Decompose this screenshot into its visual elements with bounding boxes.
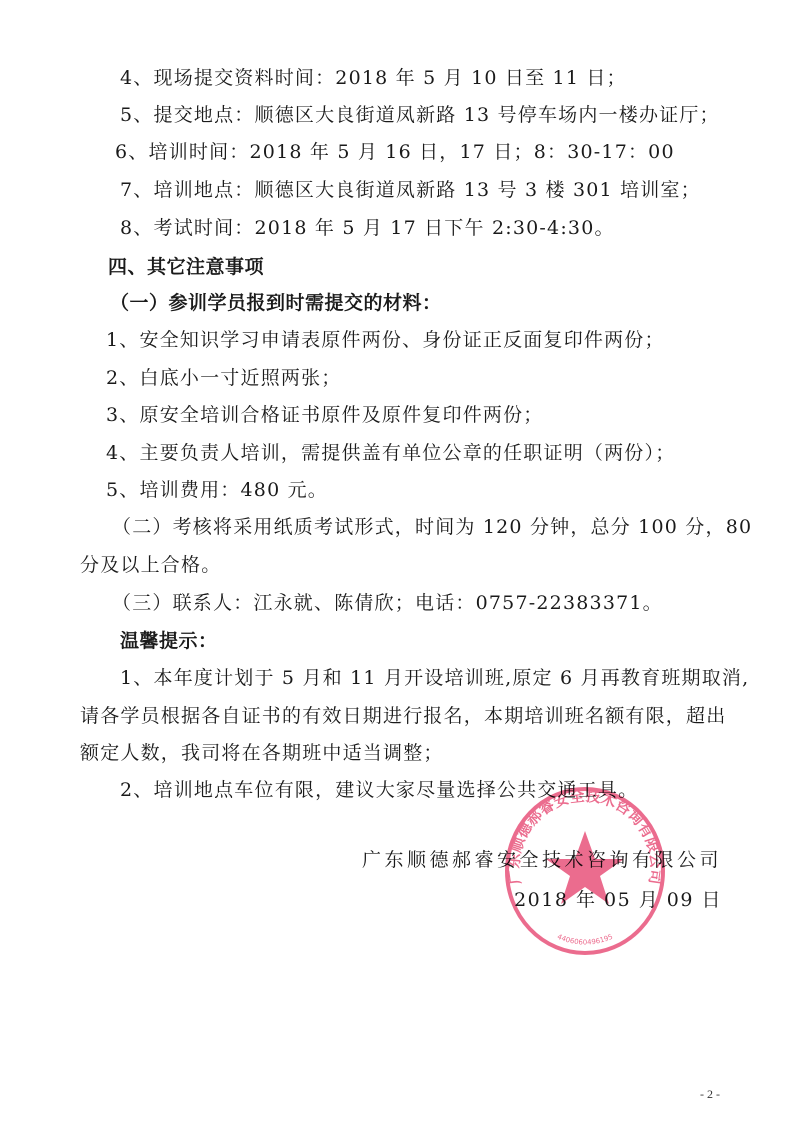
- page-number: - 2 -: [700, 1087, 720, 1102]
- tip-2: 2、培训地点车位有限，建议大家尽量选择公共交通工具。: [120, 778, 638, 802]
- exam-format-line-1: （二）考核将采用纸质考试形式，时间为 120 分钟，总分 100 分，80: [112, 515, 752, 539]
- schedule-item-training-location: 7、培训地点：顺德区大良街道凤新路 13 号 3 楼 301 培训室；: [120, 178, 701, 202]
- exam-format-line-2: 分及以上合格。: [80, 553, 221, 577]
- signature-company: 广东顺德郝睿安全技术咨询有限公司: [362, 848, 722, 872]
- tip-1-line-2: 请各学员根据各自证书的有效日期进行报名，本期培训班名额有限，超出: [80, 704, 726, 728]
- materials-item-3: 3、原安全培训合格证书原件及原件复印件两份；: [106, 403, 544, 427]
- tip-1-line-3: 额定人数，我司将在各期班中适当调整；: [80, 741, 444, 765]
- materials-item-5: 5、培训费用：480 元。: [106, 478, 328, 502]
- schedule-item-exam-time: 8、考试时间：2018 年 5 月 17 日下午 2:30-4:30。: [120, 216, 615, 240]
- subsection-heading-materials: （一）参训学员报到时需提交的材料：: [110, 291, 442, 315]
- tip-1-line-1: 1、本年度计划于 5 月和 11 月开设培训班,原定 6 月再教育班期取消,: [120, 666, 749, 690]
- schedule-item-submission-location: 5、提交地点：顺德区大良街道凤新路 13 号停车场内一楼办证厅；: [120, 103, 720, 127]
- materials-item-4: 4、主要负责人培训，需提供盖有单位公章的任职证明（两份）；: [106, 441, 675, 465]
- materials-item-2: 2、白底小一寸近照两张；: [106, 366, 342, 390]
- document-page: 4、现场提交资料时间：2018 年 5 月 10 日至 11 日； 5、提交地点…: [0, 0, 800, 1131]
- signature-date: 2018 年 05 月 09 日: [514, 888, 722, 912]
- section-heading-other-notes: 四、其它注意事项: [108, 255, 264, 279]
- contact-info: （三）联系人：江永就、陈倩欣；电话：0757-22383371。: [112, 591, 663, 615]
- stamp-number: 4406060496195: [556, 933, 614, 947]
- tips-heading: 温馨提示：: [120, 629, 218, 653]
- materials-item-1: 1、安全知识学习申请表原件两份、身份证正反面复印件两份；: [106, 328, 665, 352]
- schedule-item-training-time: 6、培训时间：2018 年 5 月 16 日，17 日；8：30-17：00: [115, 140, 675, 164]
- schedule-item-submission-time: 4、现场提交资料时间：2018 年 5 月 10 日至 11 日；: [120, 66, 627, 90]
